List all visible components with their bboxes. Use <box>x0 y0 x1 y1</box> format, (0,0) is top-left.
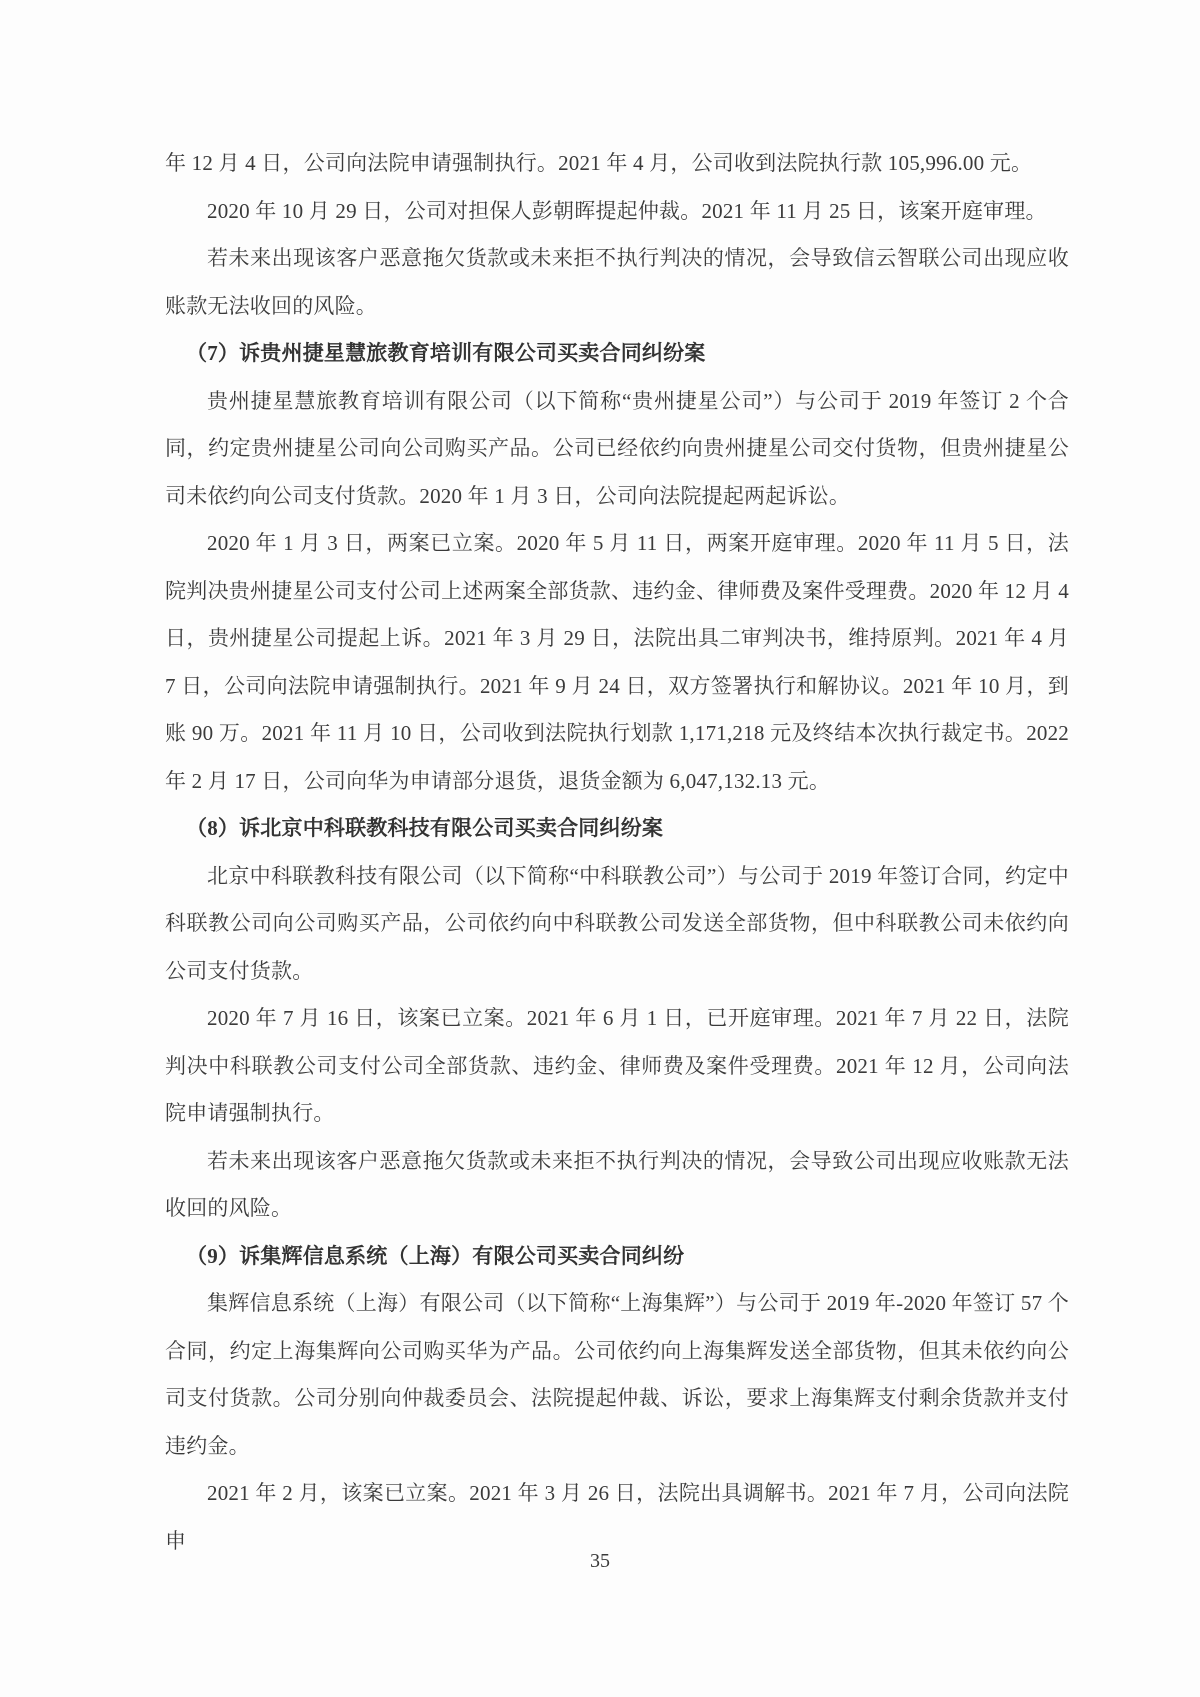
paragraph: 若未来出现该客户恶意拖欠货款或未来拒不执行判决的情况，会导致公司出现应收账款无法… <box>165 1138 1069 1233</box>
paragraph: 贵州捷星慧旅教育培训有限公司（以下简称“贵州捷星公司”）与公司于 2019 年签… <box>165 378 1069 521</box>
case-heading-8: （8）诉北京中科联教科技有限公司买卖合同纠纷案 <box>165 805 1069 853</box>
paragraph: 2020 年 10 月 29 日，公司对担保人彭朝晖提起仲裁。2021 年 11… <box>165 188 1069 236</box>
paragraph-continuation: 年 12 月 4 日，公司向法院申请强制执行。2021 年 4 月，公司收到法院… <box>165 140 1069 188</box>
paragraph: 集辉信息系统（上海）有限公司（以下简称“上海集辉”）与公司于 2019 年-20… <box>165 1280 1069 1470</box>
paragraph: 北京中科联教科技有限公司（以下简称“中科联教公司”）与公司于 2019 年签订合… <box>165 853 1069 996</box>
paragraph: 2020 年 7 月 16 日，该案已立案。2021 年 6 月 1 日，已开庭… <box>165 995 1069 1138</box>
case-heading-7: （7）诉贵州捷星慧旅教育培训有限公司买卖合同纠纷案 <box>165 330 1069 378</box>
paragraph: 2020 年 1 月 3 日，两案已立案。2020 年 5 月 11 日，两案开… <box>165 520 1069 805</box>
case-heading-9: （9）诉集辉信息系统（上海）有限公司买卖合同纠纷 <box>165 1233 1069 1281</box>
document-body: 年 12 月 4 日，公司向法院申请强制执行。2021 年 4 月，公司收到法院… <box>165 140 1069 1565</box>
document-page: 年 12 月 4 日，公司向法院申请强制执行。2021 年 4 月，公司收到法院… <box>0 0 1200 1697</box>
page-number: 35 <box>0 1549 1200 1573</box>
paragraph: 若未来出现该客户恶意拖欠货款或未来拒不执行判决的情况，会导致信云智联公司出现应收… <box>165 235 1069 330</box>
